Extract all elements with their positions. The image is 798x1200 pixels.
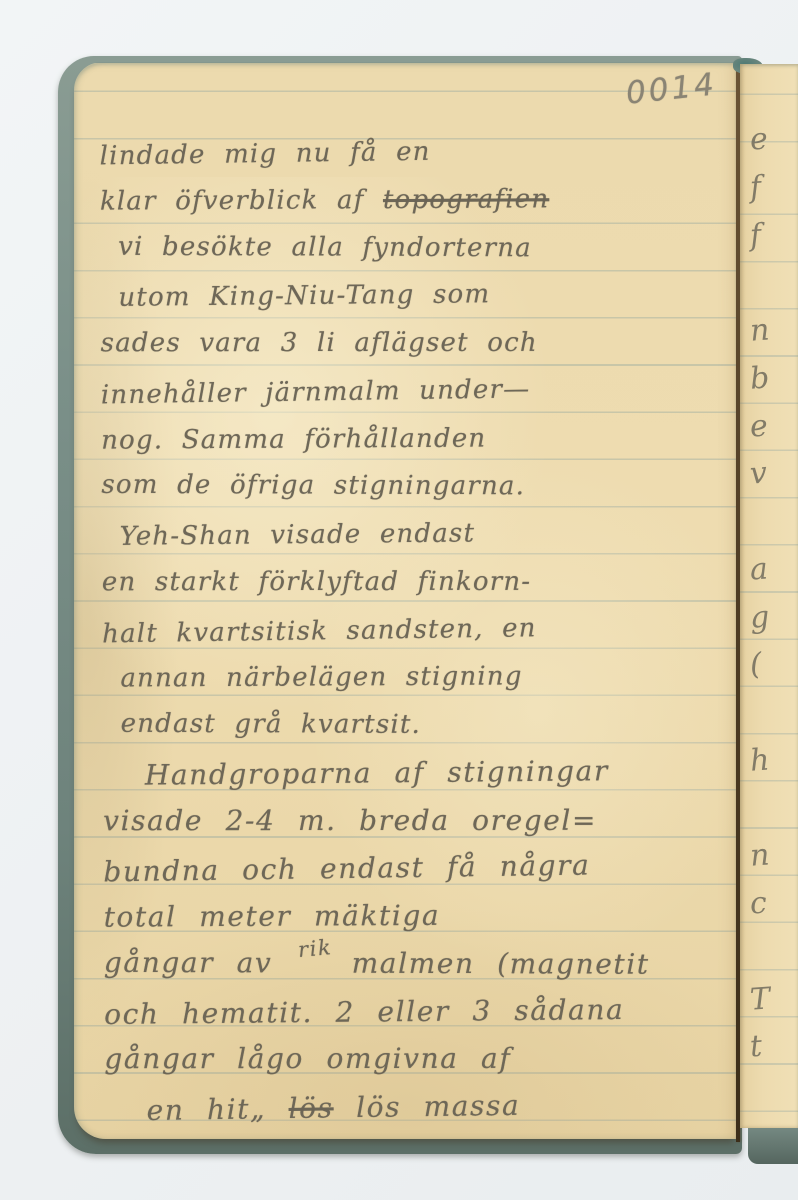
notebook-left-page: 0014 lindade mig nu få enklar öfverblick…: [74, 62, 737, 1139]
handwritten-line: gångar lågo omgivna af: [76, 1036, 737, 1083]
handwritten-line: klar öfverblick af topografien: [74, 175, 737, 225]
handwritten-line: annan närbelägen stigning: [74, 652, 737, 702]
facing-page-letter-fragment: b: [749, 360, 773, 396]
handwritten-line: utom King-Niu-Tang som: [74, 269, 737, 322]
facing-page-letter-fragment: v: [749, 456, 770, 492]
handwritten-line: halt kvartsitisk sandsten, en: [74, 602, 737, 658]
facing-page-letter-fragment: f: [749, 217, 765, 253]
facing-page-letter-fragment: t: [749, 1029, 765, 1065]
facing-page-letter-fragment: (: [749, 647, 765, 683]
handwritten-line: bundna och endast få några: [75, 840, 737, 896]
handwritten-line: gångar av rik malmen (magnetit: [76, 939, 737, 989]
handwritten-line: Yeh-Shan visade endast: [74, 507, 737, 560]
handwritten-line: som de öfriga stigningarna.: [74, 462, 737, 510]
handwritten-line: visade 2-4 m. breda oregel=: [75, 797, 737, 844]
handwritten-line: nog. Samma förhållanden: [74, 414, 737, 464]
notebook-scan: 0014 lindade mig nu få enklar öfverblick…: [0, 0, 798, 1200]
facing-page-letter-fragment: f: [749, 169, 765, 205]
handwritten-line: Handgroparna af stigningar: [75, 746, 737, 799]
facing-page-sliver: effnbevag(hncTt: [740, 64, 798, 1128]
facing-page-letter-fragment: c: [749, 885, 770, 921]
handwritten-line: en hit„ lös lös massa: [76, 1079, 737, 1135]
handwritten-line: och hematit. 2 eller 3 sådana: [76, 985, 737, 1038]
facing-page-letter-fragment: n: [749, 838, 773, 874]
handwritten-line: vi besökte alla fyndorterna: [74, 223, 737, 271]
facing-page-letter-fragment: n: [749, 312, 773, 348]
facing-page-letter-fragment: T: [749, 981, 773, 1017]
facing-page-letter-fragment: g: [749, 599, 773, 635]
handwritten-line: total meter mäktiga: [76, 891, 737, 941]
handwritten-line: sades vara 3 li aflägset och: [74, 320, 737, 367]
handwritten-line: innehåller järnmalm under—: [74, 363, 737, 419]
facing-page-letter-fragment: e: [749, 408, 771, 444]
handwritten-text-block: lindade mig nu få enklar öfverblick af t…: [74, 62, 737, 1139]
facing-page-letter-fragment: h: [749, 742, 773, 778]
handwritten-line: endast grå kvartsit.: [75, 701, 737, 749]
facing-page-letter-fragment: a: [749, 551, 771, 587]
handwritten-line: lindade mig nu få en: [74, 124, 737, 180]
facing-page-letter-fragment: e: [749, 121, 771, 157]
handwritten-line: en starkt förklyftad finkorn-: [74, 558, 737, 605]
